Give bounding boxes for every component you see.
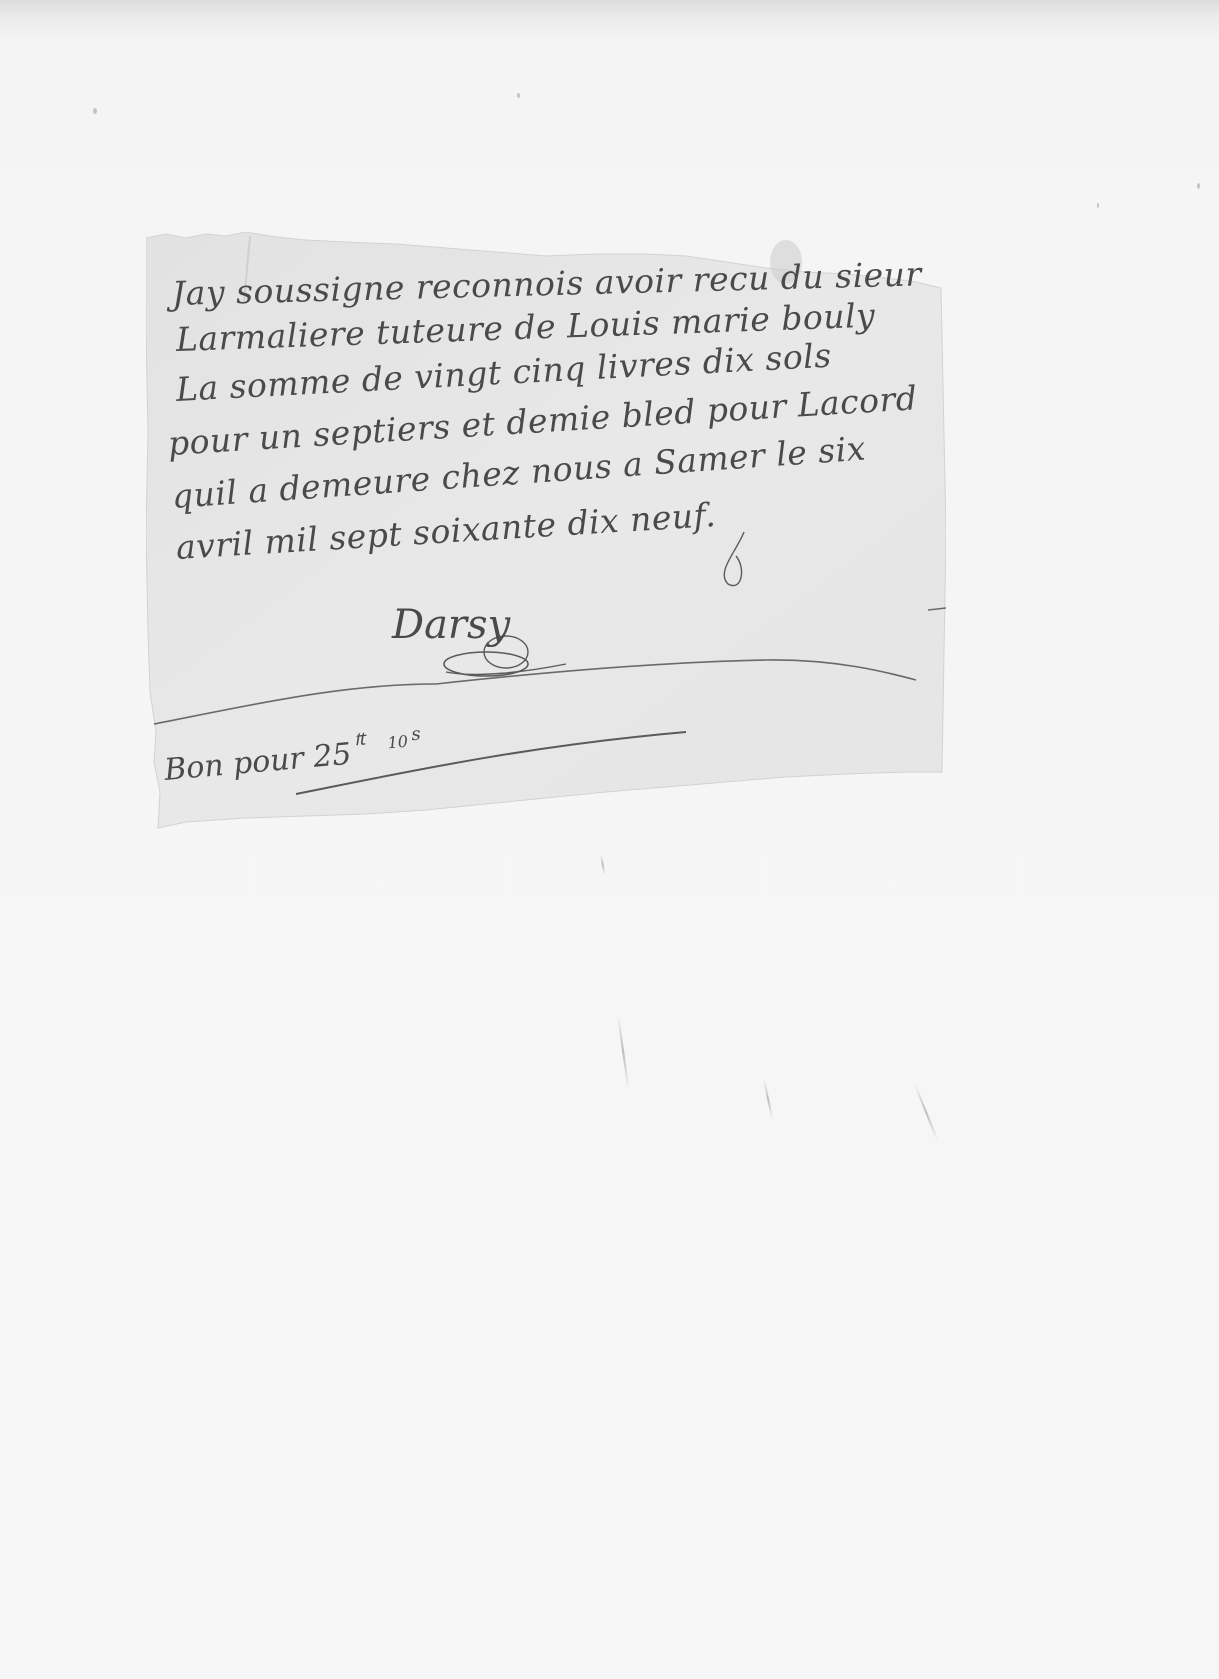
scan-streak [600,855,605,875]
livres-mark: ₶ [353,728,366,750]
scan-streak [763,1080,773,1120]
scan-streak [617,1015,629,1090]
bon-sols-amount: 10 [387,732,409,753]
scan-speck [93,108,97,114]
scan-speck [517,93,520,98]
bon-livres-amount: 25 [312,737,353,775]
signature: Darsy [392,602,510,648]
scan-streak [914,1084,938,1140]
scan-speck [1197,183,1200,189]
scan-speck [1097,203,1099,208]
sols-mark: s [410,724,421,746]
receipt-paper: Jay soussigne reconnois avoir recu du si… [146,232,946,832]
